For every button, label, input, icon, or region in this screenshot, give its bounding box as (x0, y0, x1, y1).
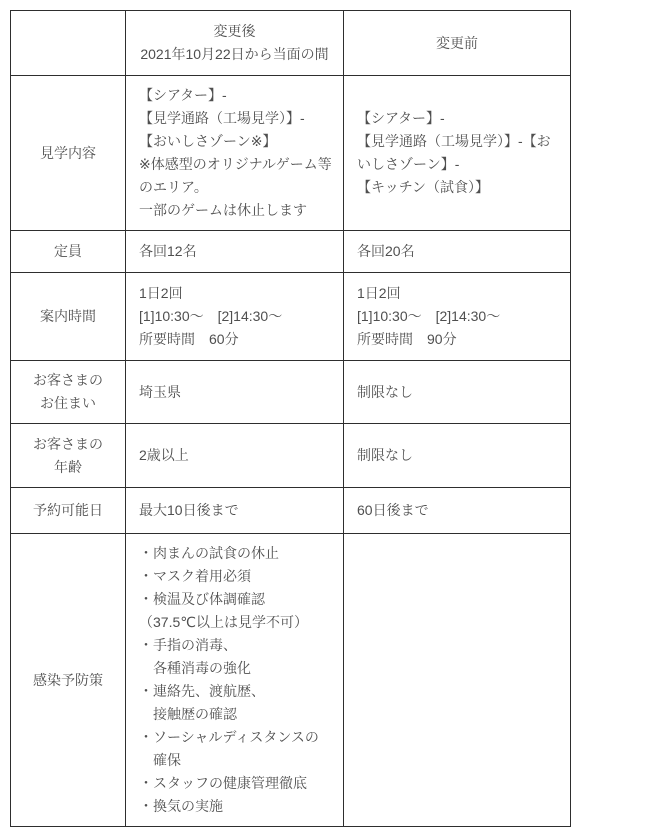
cell-after: 【シアター】- 【見学通路（工場見学）】- 【おいしさゾーン※】 ※体感型のオリ… (126, 76, 344, 231)
cell-after: 2歳以上 (126, 424, 344, 488)
table-row-infection-measures: 感染予防策 ・肉まんの試食の休止 ・マスク着用必須 ・検温及び体調確認 （37.… (11, 534, 571, 827)
cell-before (344, 534, 571, 827)
change-comparison-table: 変更後 2021年10月22日から当面の間 変更前 見学内容 【シアター】- 【… (10, 10, 571, 827)
header-row: 変更後 2021年10月22日から当面の間 変更前 (11, 11, 571, 76)
cell-before: 【シアター】- 【見学通路（工場見学）】-【お いしさゾーン】- 【キッチン（試… (344, 76, 571, 231)
cell-before: 制限なし (344, 424, 571, 488)
row-label: 見学内容 (11, 76, 126, 231)
row-label: お客さまの お住まい (11, 361, 126, 424)
table-row-capacity: 定員 各回12名 各回20名 (11, 231, 571, 273)
cell-after: 最大10日後まで (126, 488, 344, 534)
cell-before: 制限なし (344, 361, 571, 424)
column-header-before: 変更前 (344, 11, 571, 76)
table-row-residence: お客さまの お住まい 埼玉県 制限なし (11, 361, 571, 424)
cell-after: 埼玉県 (126, 361, 344, 424)
cell-after: 各回12名 (126, 231, 344, 273)
row-label: 感染予防策 (11, 534, 126, 827)
row-label: 予約可能日 (11, 488, 126, 534)
table-row-guide-time: 案内時間 1日2回 [1]10:30～ [2]14:30～ 所要時間 60分 1… (11, 273, 571, 361)
cell-after: 1日2回 [1]10:30～ [2]14:30～ 所要時間 60分 (126, 273, 344, 361)
cell-before: 1日2回 [1]10:30～ [2]14:30～ 所要時間 90分 (344, 273, 571, 361)
cell-after: ・肉まんの試食の休止 ・マスク着用必須 ・検温及び体調確認 （37.5℃以上は見… (126, 534, 344, 827)
row-label: 案内時間 (11, 273, 126, 361)
corner-cell (11, 11, 126, 76)
table-row-age: お客さまの 年齢 2歳以上 制限なし (11, 424, 571, 488)
notice-table-container: 変更後 2021年10月22日から当面の間 変更前 見学内容 【シアター】- 【… (10, 10, 571, 827)
row-label: お客さまの 年齢 (11, 424, 126, 488)
row-label: 定員 (11, 231, 126, 273)
cell-before: 60日後まで (344, 488, 571, 534)
column-header-after: 変更後 2021年10月22日から当面の間 (126, 11, 344, 76)
cell-before: 各回20名 (344, 231, 571, 273)
table-row-tour-content: 見学内容 【シアター】- 【見学通路（工場見学）】- 【おいしさゾーン※】 ※体… (11, 76, 571, 231)
table-row-reservation-days: 予約可能日 最大10日後まで 60日後まで (11, 488, 571, 534)
